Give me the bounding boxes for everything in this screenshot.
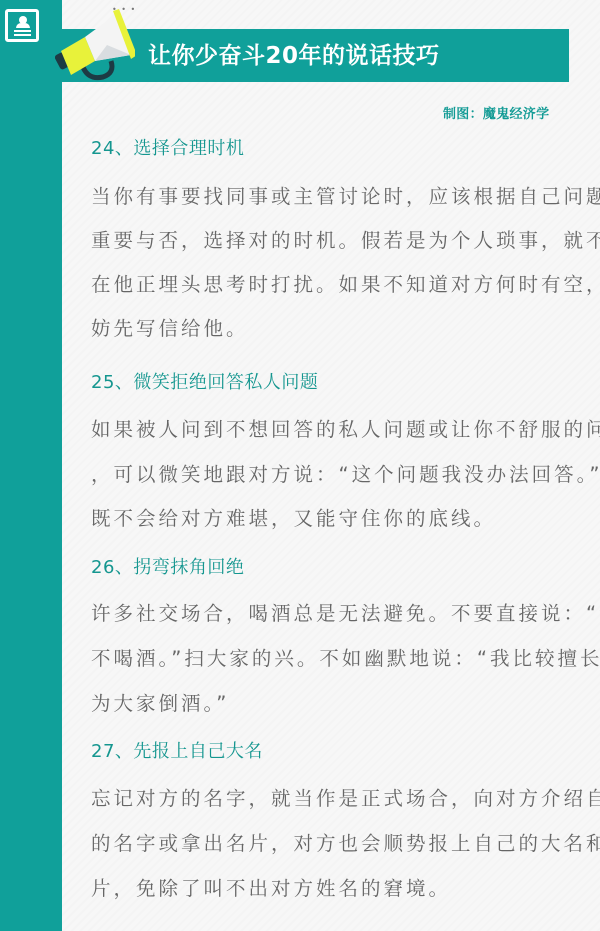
body-line: 忘记对方的名字，就当作是正式场合，向对方介绍自己 <box>91 787 600 811</box>
body-line: 许多社交场合，喝酒总是无法避免。不要直接说：“我 <box>91 602 600 626</box>
section-heading: 24、选择合理时机 <box>91 138 244 160</box>
section-heading: 25、微笑拒绝回答私人问题 <box>91 372 318 394</box>
body-line: 妨先写信给他。 <box>91 317 249 341</box>
profile-card-icon <box>5 9 39 42</box>
sidebar <box>0 0 62 931</box>
body-line: 当你有事要找同事或主管讨论时，应该根据自己问题的 <box>91 185 600 209</box>
body-line: 在他正埋头思考时打扰。如果不知道对方何时有空，不 <box>91 273 600 297</box>
body-line: 不喝酒。”扫大家的兴。不如幽默地说：“我比较擅长 <box>91 647 600 671</box>
section-heading: 27、先报上自己大名 <box>91 741 263 763</box>
credit-label: 制图：魔鬼经济学 <box>443 103 549 122</box>
body-line: ，可以微笑地跟对方说：“这个问题我没办法回答。” <box>91 463 600 487</box>
body-line: 如果被人问到不想回答的私人问题或让你不舒服的问题 <box>91 418 600 442</box>
body-line: 重要与否，选择对的时机。假若是为个人琐事，就不要 <box>91 229 600 253</box>
body-line: 为大家倒酒。” <box>91 692 229 716</box>
body-line: 片，免除了叫不出对方姓名的窘境。 <box>91 877 451 901</box>
body-line: 既不会给对方难堪，又能守住你的底线。 <box>91 507 496 531</box>
section-heading: 26、拐弯抹角回绝 <box>91 557 244 579</box>
megaphone-icon <box>55 5 135 85</box>
body-line: 的名字或拿出名片，对方也会顺势报上自己的大名和名 <box>91 832 600 856</box>
page-title: 让你少奋斗20年的说话技巧 <box>148 40 440 72</box>
